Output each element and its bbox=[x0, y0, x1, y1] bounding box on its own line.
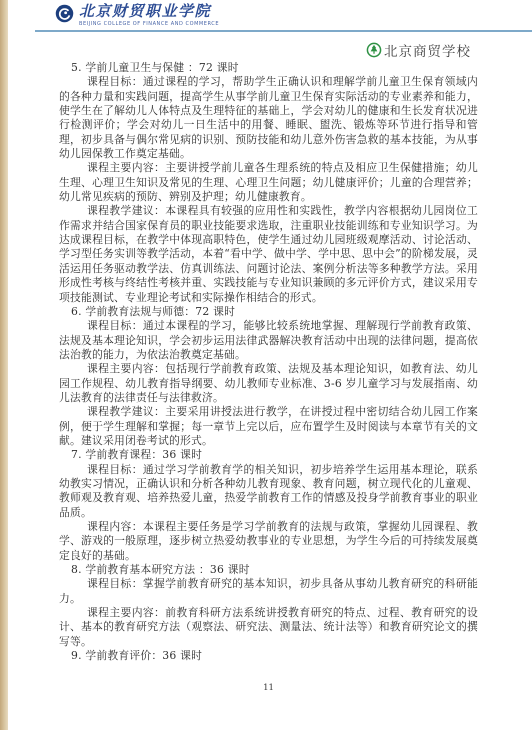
college-name-zh: 北京财贸职业学院 bbox=[79, 3, 219, 20]
course-paragraph: 课程目标：通过本课程的学习，能够比较系统地掌握、理解现行学前教育政策、法规及基本… bbox=[59, 319, 478, 362]
course-heading: 8. 学前教育基本研究方法 ：36 课时 bbox=[59, 563, 478, 577]
course-paragraph: 课程主要内容：包括现行学前教育政策、法规及基本理论知识，如教育法、幼儿园工作规程… bbox=[59, 362, 478, 405]
school-name-zh: 北京商贸学校 bbox=[384, 40, 471, 60]
course-heading: 7. 学前教育课程：36 课时 bbox=[59, 448, 478, 462]
college-name-block: 北京财贸职业学院 BEIJING COLLEGE OF FINANCE AND … bbox=[79, 3, 219, 27]
scan-edge-strip bbox=[0, 0, 8, 730]
tree-icon bbox=[366, 42, 382, 58]
course-paragraph: 课程教学建议：本课程具有较强的应用性和实践性，教学内容根据幼儿园岗位工作需求并结… bbox=[59, 204, 478, 304]
course-heading: 9. 学前教育评价：36 课时 bbox=[59, 649, 478, 663]
course-paragraph: 课程目标：通过学习学前教育学的相关知识，初步培养学生运用基本理论，联系幼教实习情… bbox=[59, 463, 478, 520]
school-logo: 北京商贸学校 bbox=[366, 40, 471, 60]
course-heading: 5. 学前儿童卫生与保健 ：72 课时 bbox=[59, 61, 478, 75]
document-body: 5. 学前儿童卫生与保健 ：72 课时课程目标：通过课程的学习，帮助学生正确认识… bbox=[59, 61, 478, 663]
course-paragraph: 课程教学建议：主要采用讲授法进行教学，在讲授过程中密切结合幼儿园工作案例，便于学… bbox=[59, 405, 478, 448]
course-paragraph: 课程主要内容：前教育科研方法系统讲授教育研究的特点、过程、教育研究的设计、基本的… bbox=[59, 606, 478, 649]
course-paragraph: 课程目标：掌握学前教育研究的基本知识，初步具备从事幼儿教育研究的科研能力。 bbox=[59, 577, 478, 606]
page-number: 11 bbox=[59, 683, 478, 693]
college-logo: 北京财贸职业学院 BEIJING COLLEGE OF FINANCE AND … bbox=[55, 3, 219, 27]
course-paragraph: 课程目标：通过课程的学习，帮助学生正确认识和理解学前儿童卫生保育领域内的各种力量… bbox=[59, 75, 478, 161]
course-paragraph: 课程主要内容：主要讲授学前儿童各生理系统的特点及相应卫生保健措施；幼儿生理、心理… bbox=[59, 161, 478, 204]
course-paragraph: 课程内容：本课程主要任务是学习学前教育的法规与政策，掌握幼儿园课程、教学、游戏的… bbox=[59, 520, 478, 563]
college-seal-icon bbox=[55, 4, 74, 23]
document-page: 北京财贸职业学院 BEIJING COLLEGE OF FINANCE AND … bbox=[0, 0, 532, 730]
college-name-en: BEIJING COLLEGE OF FINANCE AND COMMERCE bbox=[79, 21, 219, 27]
header-divider bbox=[35, 30, 532, 32]
course-heading: 6. 学前教育法规与师德：72 课时 bbox=[59, 305, 478, 319]
